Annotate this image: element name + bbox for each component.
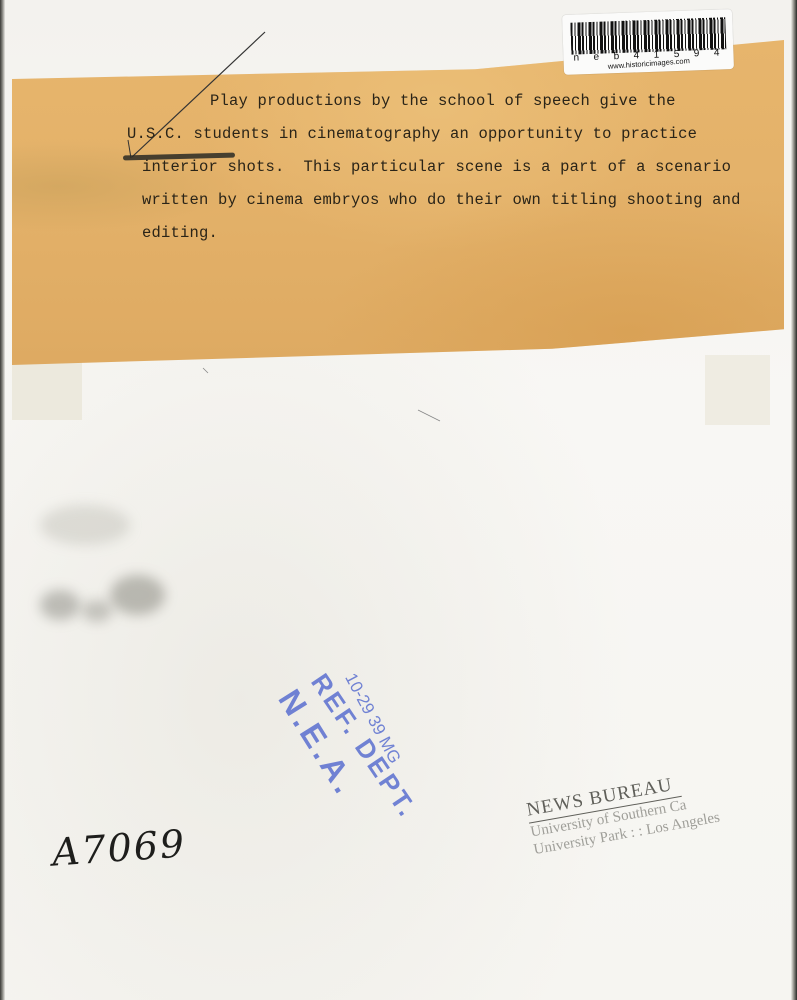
ref-dept-stamp: REF. DEPT. 10-29 39 MG N.E.A. xyxy=(290,618,490,808)
fingerprint-smudge xyxy=(110,575,165,615)
tape-residue-right xyxy=(705,355,770,425)
fingerprint-smudge xyxy=(40,590,80,620)
caption-line: U.S.C. students in cinematography an opp… xyxy=(127,118,785,151)
caption-line: written by cinema embryos who do their o… xyxy=(142,184,785,217)
fingerprint-smudge xyxy=(82,600,112,622)
left-scan-edge xyxy=(0,0,5,1000)
barcode-sticker: neb41594 www.historicimages.com xyxy=(562,9,734,75)
fingerprint-smudge xyxy=(40,505,130,545)
caption-line: editing. xyxy=(142,217,785,250)
handwritten-id: A7069 xyxy=(51,821,188,874)
tape-residue-left xyxy=(12,360,82,420)
caption-line: interior shots. This particular scene is… xyxy=(142,151,785,184)
caption-line: Play productions by the school of speech… xyxy=(145,85,785,118)
caption-text: Play productions by the school of speech… xyxy=(145,85,785,250)
